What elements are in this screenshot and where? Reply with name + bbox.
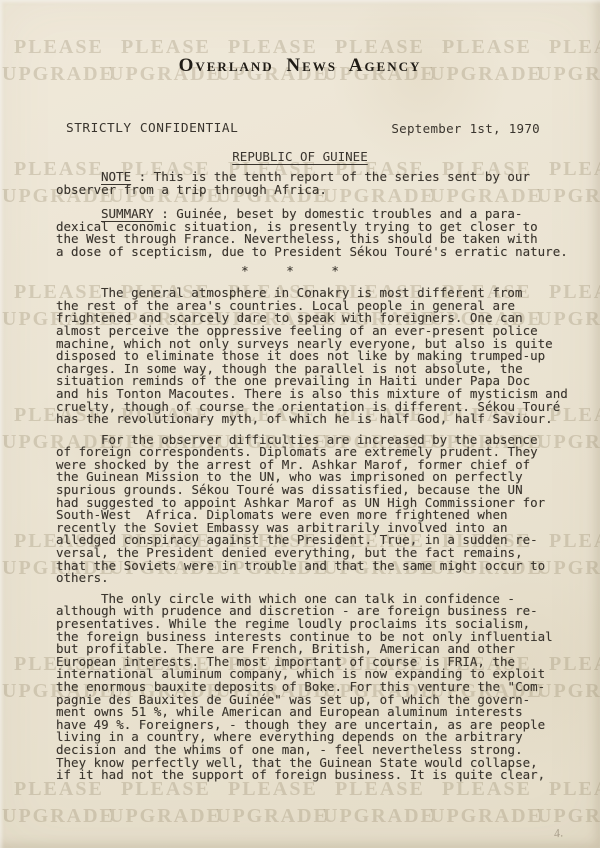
watermark-text: UPGRADE <box>430 805 543 828</box>
agency-letterhead: Overland News Agency <box>0 55 600 77</box>
watermark-text: UPGRADE <box>323 805 436 828</box>
document-body: NOTE : This is the tenth report of the s… <box>56 171 568 790</box>
body-paragraph-2: For the observer difficulties are increa… <box>56 434 568 585</box>
note-paragraph: NOTE : This is the tenth report of the s… <box>56 171 568 196</box>
watermark-text: UPGRADE <box>537 805 600 828</box>
report-title: REPUBLIC OF GUINEE <box>0 149 600 164</box>
date-label: September 1st, 1970 <box>391 121 540 136</box>
watermark-text: UPGRADE <box>216 805 329 828</box>
body-paragraph-3: The only circle with which one can talk … <box>56 593 568 782</box>
document-page: PLEASEUPGRADEPLEASEUPGRADEPLEASEUPGRADEP… <box>0 0 600 848</box>
handwritten-page-mark: 4. <box>553 825 564 841</box>
summary-paragraph: SUMMARY : Guinée, beset by domestic trou… <box>56 208 568 258</box>
asterisk-separator: * * * <box>56 265 552 278</box>
body-paragraph-1: The general atmosphere in Conakry is mos… <box>56 287 568 426</box>
watermark-text: UPGRADE <box>109 805 222 828</box>
classification-label: STRICTLY CONFIDENTIAL <box>66 121 238 136</box>
watermark-text: UPGRADE <box>2 805 115 828</box>
